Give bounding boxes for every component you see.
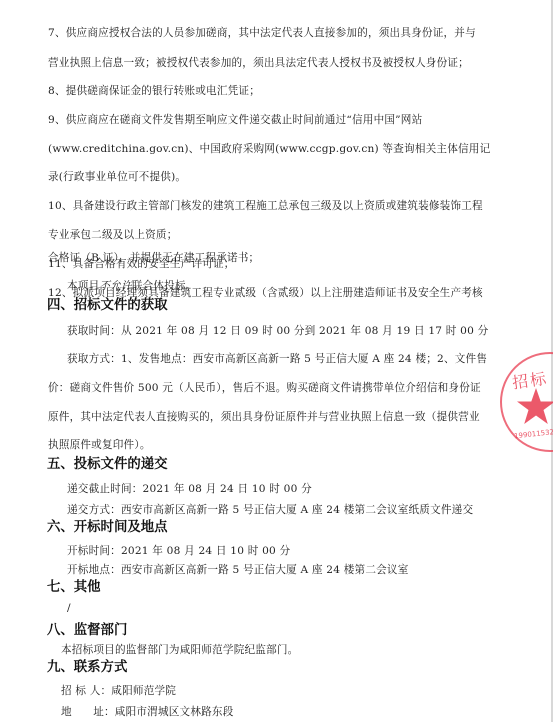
official-seal-stamp: 招标 1990115327 — [500, 352, 553, 452]
section-8-content: 本招标项目的监督部门为咸阳师范学院纪监部门。 — [61, 643, 298, 657]
qualification-item-9-line-3: 录(行政事业单位可不提供)。 — [48, 170, 186, 184]
section-5-method: 递交方式：西安市高新区高新一路 5 号正信大厦 A 座 24 楼第二会议室纸质文… — [67, 503, 473, 517]
consortium-note: 本项目不允许联合体投标。 — [67, 279, 197, 293]
section-5-deadline: 递交截止时间：2021 年 08 月 24 日 10 时 00 分 — [67, 482, 312, 496]
section-6-time: 开标时间：2021 年 08 月 24 日 10 时 00 分 — [67, 544, 290, 558]
stamp-number: 1990115327 — [514, 428, 553, 441]
section-4-method-line-1: 获取方式：1、发售地点：西安市高新区高新一路 5 号正信大厦 A 座 24 楼；… — [67, 352, 487, 366]
qualification-item-7-line-1: 7、供应商应授权合法的人员参加磋商，其中法定代表人直接参加的，须出具身份证，并与 — [48, 26, 476, 40]
section-6-place: 开标地点：西安市高新区高新一路 5 号正信大厦 A 座 24 楼第二会议室 — [67, 563, 409, 577]
qualification-item-7-line-2: 营业执照上信息一致；被授权代表参加的，须出具法定代表人授权书及被授权人身份证； — [48, 56, 469, 70]
section-9-address: 地 址：咸阳市渭城区文林路东段 — [61, 705, 234, 719]
section-6-heading: 六、开标时间及地点 — [47, 520, 168, 536]
section-9-tenderer: 招 标 人：咸阳师范学院 — [61, 684, 176, 698]
star-icon — [516, 386, 553, 426]
consortium-suffix: 联合体投标。 — [132, 280, 197, 292]
section-9-heading: 九、联系方式 — [47, 660, 127, 676]
section-8-heading: 八、监督部门 — [47, 623, 127, 639]
qualification-item-10-line-2: 专业承包二级及以上资质； — [48, 228, 178, 242]
section-7-heading: 七、其他 — [47, 580, 101, 596]
section-4-method-line-2: 价：磋商文件售价 500 元（人民币），售后不退。购买磋商文件请携带单位介绍信和… — [48, 381, 481, 395]
qualification-item-9-line-1: 9、供应商应在磋商文件发售期至响应文件递交截止时间前通过“信用中国”网站 — [48, 113, 422, 127]
qualification-item-12-line-2: 合格证（B 证），并提供无在建工程承诺书； — [48, 251, 259, 265]
section-7-content: / — [67, 601, 71, 615]
section-5-heading: 五、投标文件的递交 — [47, 457, 168, 473]
consortium-not-allowed: 不允许 — [99, 280, 131, 292]
section-4-method-line-4: 执照原件或复印件）。 — [48, 438, 151, 452]
section-4-method-line-3: 原件，其中法定代表人直接购买的，须出具身份证原件并与营业执照上信息一致（提供营业 — [48, 410, 480, 424]
qualification-item-9-line-2: (www.creditchina.gov.cn)、中国政府采购网(www.ccg… — [48, 142, 490, 156]
section-4-time: 获取时间：从 2021 年 08 月 12 日 09 时 00 分到 2021 … — [67, 324, 488, 338]
qualification-item-8: 8、提供磋商保证金的银行转账或电汇凭证； — [48, 84, 260, 98]
section-4-heading: 四、招标文件的获取 — [47, 298, 168, 314]
consortium-prefix: 本项目 — [67, 280, 99, 292]
qualification-item-10-line-1: 10、具备建设行政主管部门核发的建筑工程施工总承包三级及以上资质或建筑装修装饰工… — [48, 199, 483, 213]
